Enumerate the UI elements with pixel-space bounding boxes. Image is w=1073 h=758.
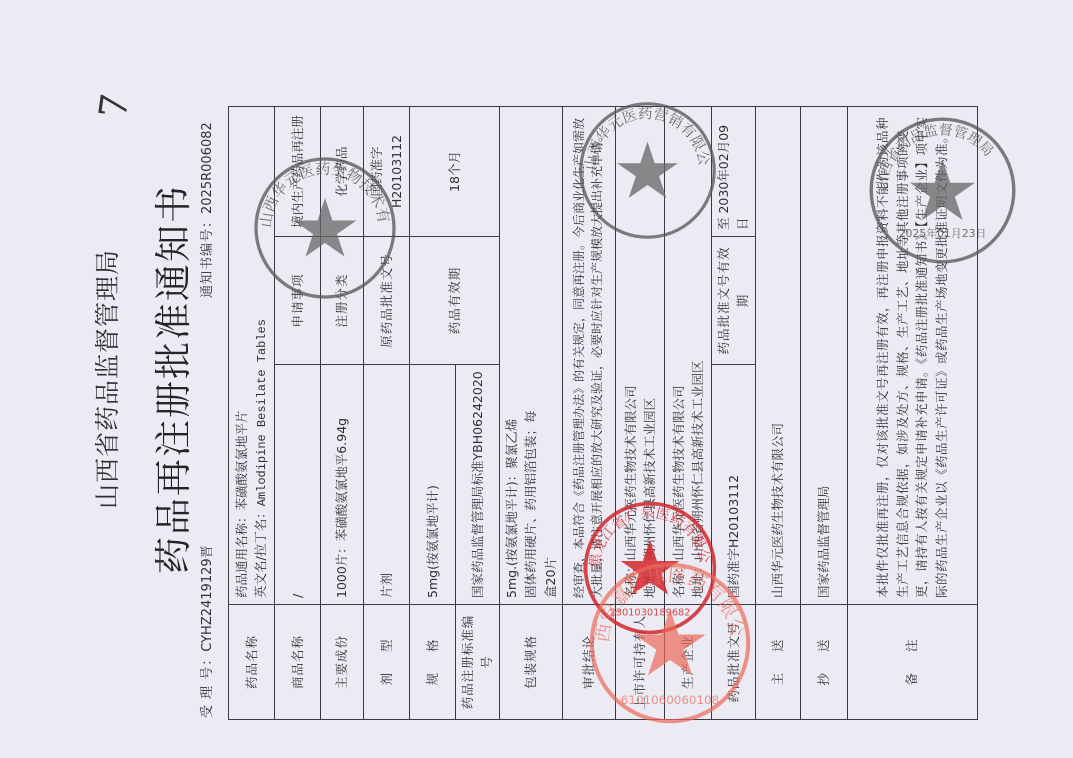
- table-row: 剂 型 片剂 原药品批准文号 国药准字H20103112: [364, 106, 410, 719]
- notice-number-value: 2025R006082: [200, 122, 215, 214]
- notice-number-label: 通知书编号：: [200, 214, 215, 298]
- english-name-value: Amlodipine Besilate Tables: [255, 319, 269, 506]
- drug-name-label: 药品名称: [229, 605, 275, 720]
- english-name-label: 英文名/拉丁名：: [253, 506, 268, 598]
- drug-name-cell: 药品通用名称：苯磺酸氨氯地平片 英文名/拉丁名：Amlodipine Besil…: [229, 106, 275, 604]
- acceptance-number: 受 理 号：CYHZ2419129晋: [196, 545, 215, 718]
- manufacturer-address-label: 地址：: [690, 560, 705, 598]
- mah-address-label: 地址：: [642, 560, 657, 598]
- application-item-label: 申请事项: [275, 237, 321, 365]
- mah-name-value: 山西华元医药生物技术有限公司: [623, 385, 638, 560]
- table-row: 审批结论 经审查，本品符合《药品注册管理办法》的有关规定，同意再注册。今后商业化…: [562, 106, 615, 719]
- registration-standard-value: 国家药品监督管理局标准YBH06242020: [456, 365, 500, 605]
- remarks-label: 备 注: [847, 605, 977, 720]
- main-ingredient-label: 主要成份: [321, 605, 364, 720]
- manufacturer-address-value: 山西省朔州怀仁县高新技术工业园区: [690, 360, 705, 560]
- manufacturer-label: 生产企业: [664, 605, 711, 720]
- manufacturer-name-value: 山西华元医药生物技术有限公司: [671, 385, 686, 560]
- mah-label: 上市许可持有人: [615, 605, 664, 720]
- notice-number: 通知书编号：2025R006082: [196, 122, 215, 298]
- original-approval-no-value: 国药准字H20103112: [364, 106, 410, 236]
- specification-label: 规 格: [410, 605, 456, 720]
- conclusion-value: 经审查，本品符合《药品注册管理办法》的有关规定，同意再注册。今后商业化生产如需放…: [562, 106, 615, 604]
- acceptance-number-label: 受 理 号：: [200, 652, 215, 718]
- table-row: 药品名称 药品通用名称：苯磺酸氨氯地平片 英文名/拉丁名：Amlodipine …: [229, 106, 275, 719]
- document-title: 药品再注册批准通知书: [143, 0, 197, 758]
- approval-form-table: 药品名称 药品通用名称：苯磺酸氨氯地平片 英文名/拉丁名：Amlodipine …: [228, 106, 978, 720]
- manufacturer-name-label: 名称：: [671, 560, 686, 598]
- registration-standard-label: 药品注册标准编号: [456, 605, 500, 720]
- generic-name-value: 苯磺酸氨氯地平片: [234, 410, 249, 510]
- table-row: 主 送 山西华元医药生物技术有限公司: [755, 106, 800, 719]
- registration-class-value: 化学药品: [321, 106, 364, 236]
- cc-value: 国家药品监督管理局: [800, 106, 847, 604]
- table-row: 抄 送 国家药品监督管理局: [800, 106, 847, 719]
- main-recipient-value: 山西华元医药生物技术有限公司: [755, 106, 800, 604]
- manufacturer-cell: 名称：山西华元医药生物技术有限公司 地址：山西省朔州怀仁县高新技术工业园区: [664, 106, 711, 604]
- dosage-form-label: 剂 型: [364, 605, 410, 720]
- cc-label: 抄 送: [800, 605, 847, 720]
- acceptance-number-value: CYHZ2419129晋: [200, 545, 215, 651]
- notice-document: 7 山西省药品监督管理局 药品再注册批准通知书 受 理 号：CYHZ241912…: [0, 0, 1073, 758]
- table-row: 规 格 5mg(按氨氯地平计) 药品有效期 18个月: [410, 106, 456, 719]
- generic-name-label: 药品通用名称：: [234, 510, 249, 598]
- table-row: 生产企业 名称：山西华元医药生物技术有限公司 地址：山西省朔州怀仁县高新技术工业…: [664, 106, 711, 719]
- table-row: 药品批准文号 国药准字H20103112 药品批准文号有效期 至 2030年02…: [711, 106, 755, 719]
- original-approval-no-label: 原药品批准文号: [364, 237, 410, 365]
- mah-cell: 名称：山西华元医药生物技术有限公司 地址：朔州怀仁县高新技术工业园区: [615, 106, 664, 604]
- registration-class-label: 注册分类: [321, 237, 364, 365]
- table-row: 商品名称 / 申请事项 境内生产药品再注册: [275, 106, 321, 719]
- table-row: 包装规格 5mg.(按氨氯地平计)：聚氯乙烯固体药用硬片、药用铝箔包装；每盒20…: [499, 106, 562, 719]
- approval-validity-value: 至 2030年02月09日: [711, 106, 755, 236]
- trade-name-value: /: [275, 365, 321, 605]
- dosage-form-value: 片剂: [364, 365, 410, 605]
- packaging-value: 5mg.(按氨氯地平计)：聚氯乙烯固体药用硬片、药用铝箔包装；每盒20片: [499, 106, 562, 604]
- packaging-label: 包装规格: [499, 605, 562, 720]
- mah-name-label: 名称：: [623, 560, 638, 598]
- trade-name-label: 商品名称: [275, 605, 321, 720]
- issuing-agency: 山西省药品监督管理局: [88, 0, 124, 758]
- main-recipient-label: 主 送: [755, 605, 800, 720]
- approval-no-value: 国药准字H20103112: [711, 365, 755, 605]
- table-row: 主要成份 1000片：苯磺酸氨氯地平6.94g 注册分类 化学药品: [321, 106, 364, 719]
- approval-validity-label: 药品批准文号有效期: [711, 237, 755, 365]
- application-item-value: 境内生产药品再注册: [275, 106, 321, 236]
- main-ingredient-value: 1000片：苯磺酸氨氯地平6.94g: [321, 365, 364, 605]
- specification-value: 5mg(按氨氯地平计): [410, 365, 456, 605]
- table-row: 上市许可持有人 名称：山西华元医药生物技术有限公司 地址：朔州怀仁县高新技术工业…: [615, 106, 664, 719]
- shelf-life-label: 药品有效期: [410, 237, 500, 365]
- mah-address-value: 朔州怀仁县高新技术工业园区: [642, 398, 657, 561]
- approval-no-label: 药品批准文号: [711, 605, 755, 720]
- shelf-life-value: 18个月: [410, 106, 500, 236]
- conclusion-label: 审批结论: [562, 605, 615, 720]
- table-row: 备 注 本批件仅批准再注册，仅对该批准文号再注册有效，再注册申报资料不能作为该品…: [847, 106, 977, 719]
- remarks-value: 本批件仅批准再注册，仅对该批准文号再注册有效，再注册申报资料不能作为该品种生产工…: [847, 106, 977, 604]
